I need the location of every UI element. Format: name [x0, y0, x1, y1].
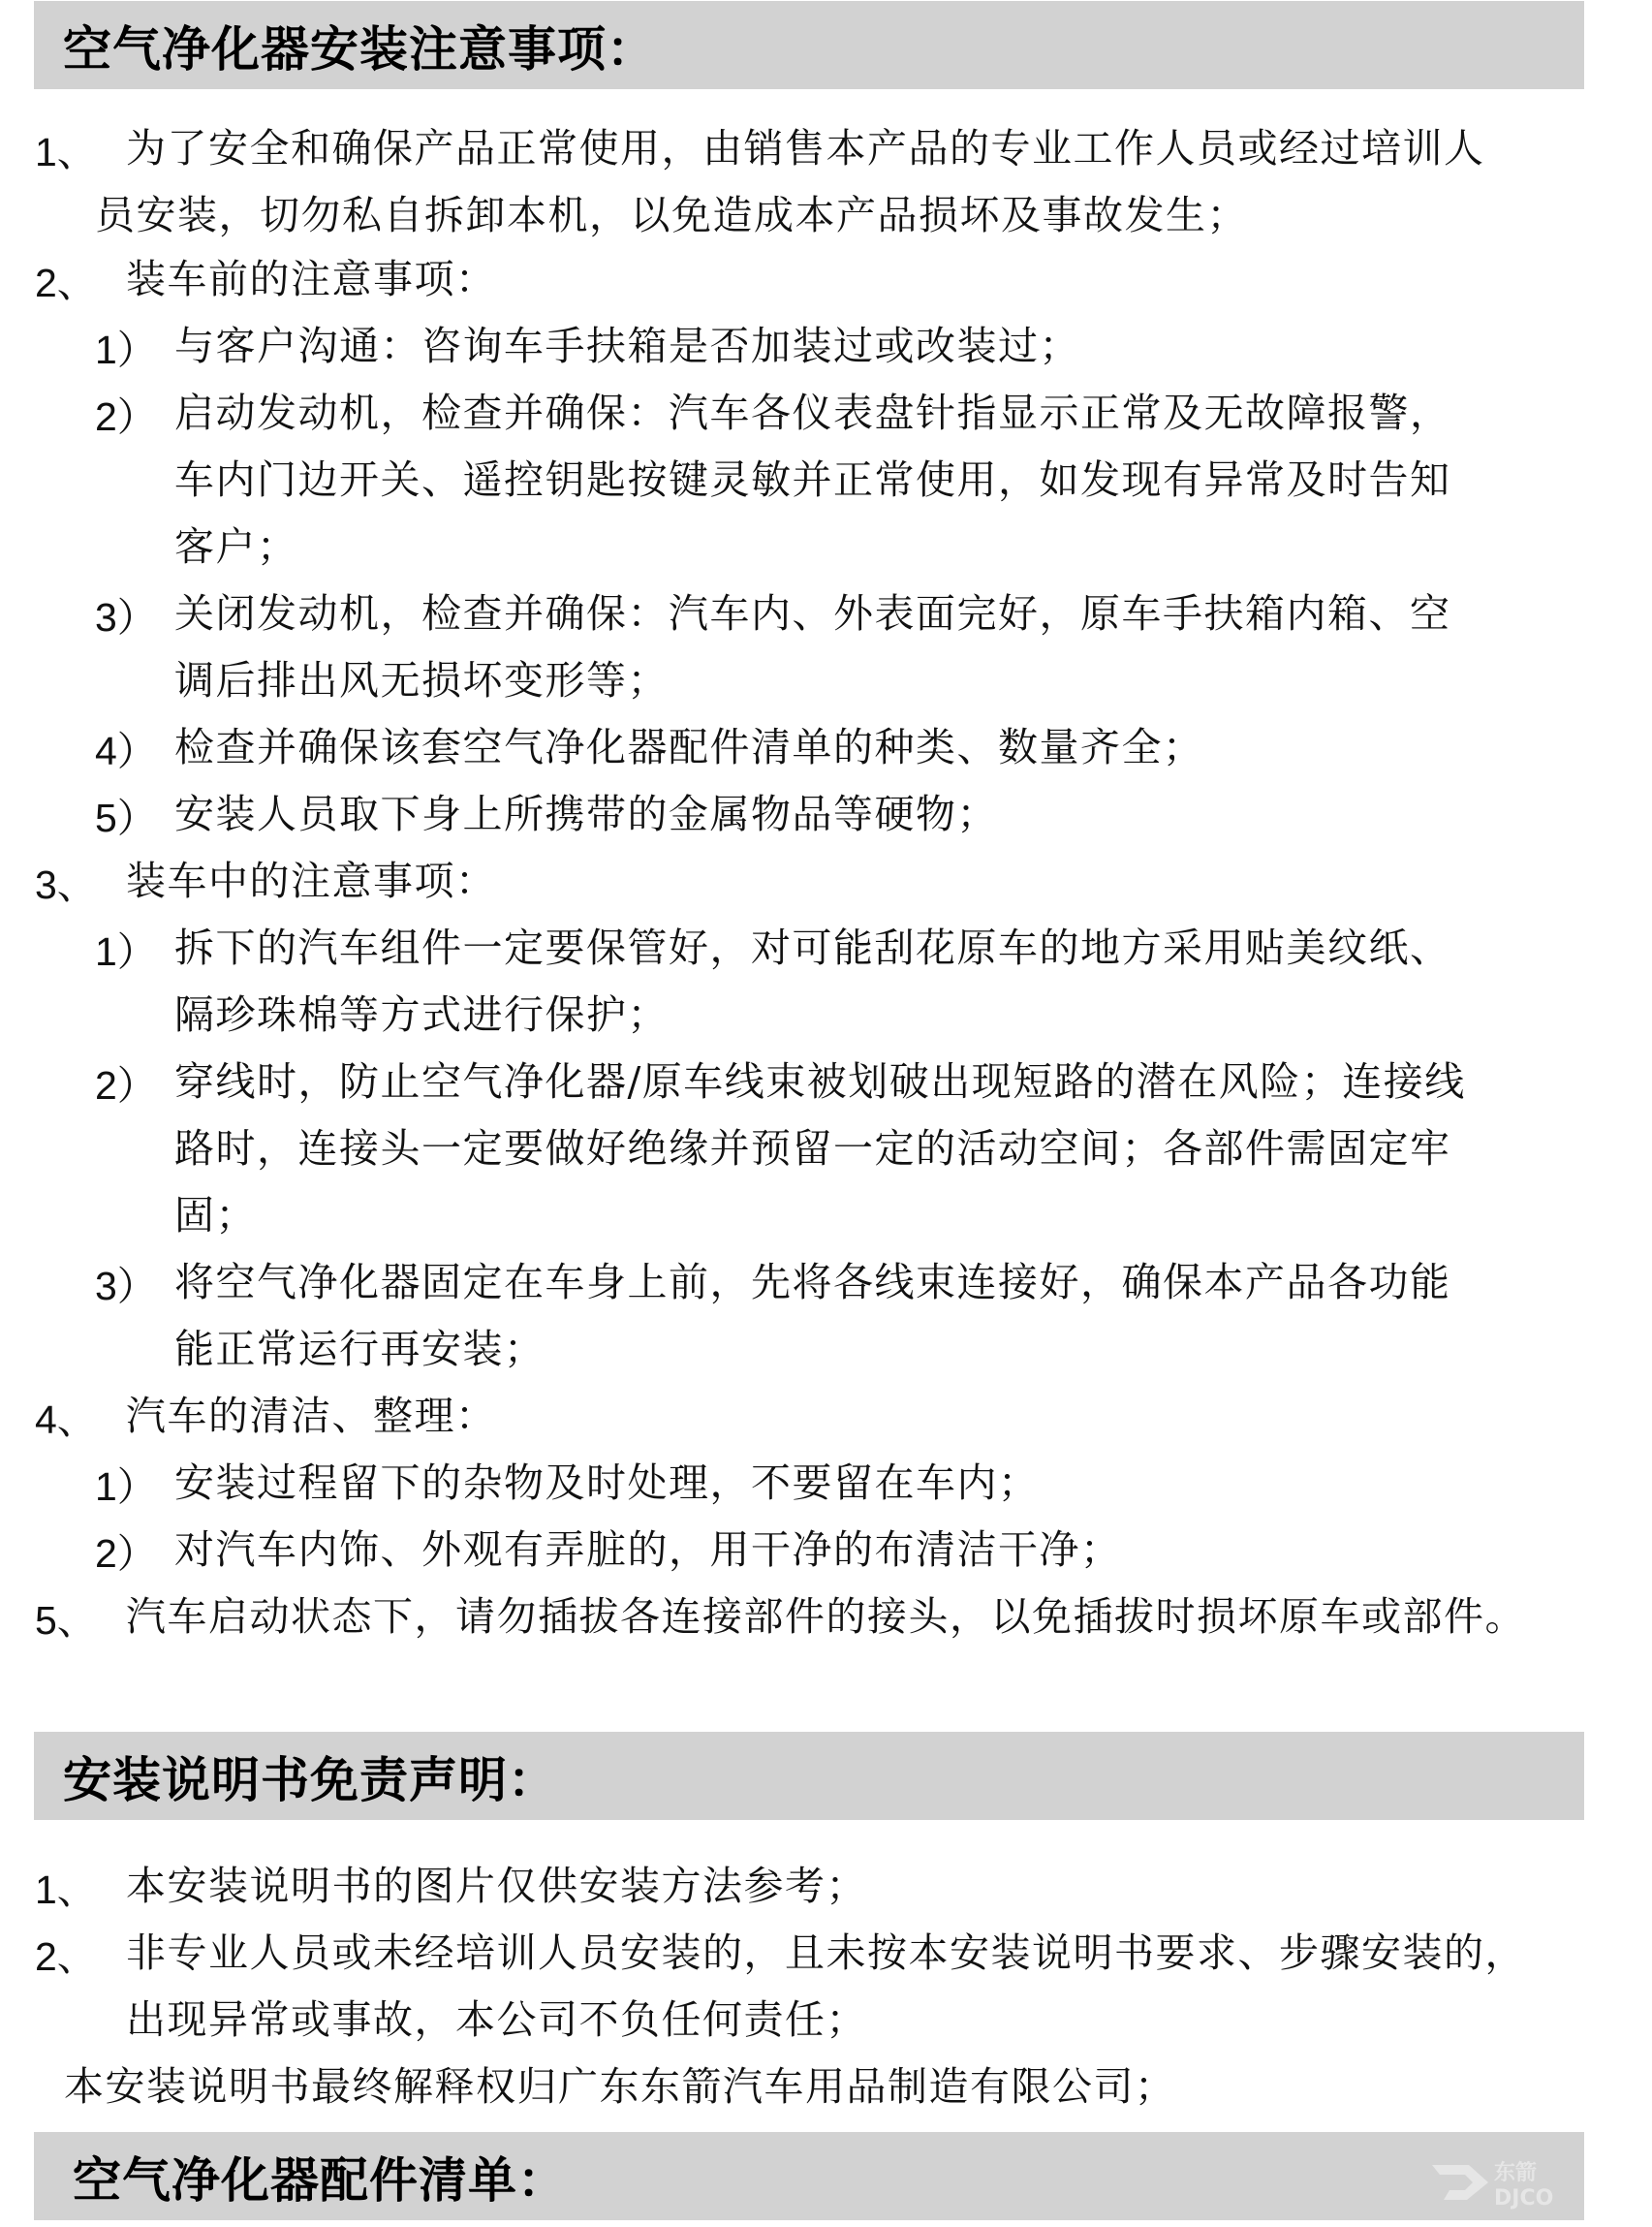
- watermark: 东箭 DJCO: [1432, 2159, 1587, 2217]
- subitem-text: 调后排出风无损坏变形等；: [174, 661, 669, 701]
- subitem-number: 1）: [95, 330, 157, 370]
- item-text: 非专业人员或未经培训人员安装的，且未按本安装说明书要求、步骤安装的，: [126, 1933, 1526, 1973]
- subitem-number: 2）: [95, 1534, 157, 1574]
- item-heading: 装车中的注意事项：: [126, 862, 497, 901]
- subitem-text: 关闭发动机，检查并确保：汽车内、外表面完好，原车手扶箱内箱、空: [174, 594, 1451, 634]
- subitem-text: 路时，连接头一定要做好绝缘并预留一定的活动空间；各部件需固定牢: [174, 1129, 1451, 1169]
- item-number: 5、: [35, 1601, 97, 1641]
- item-text: 出现异常或事故，本公司不负任何责任；: [126, 2000, 867, 2040]
- section-header-disclaimer: 安装说明书免责声明：: [34, 1732, 1584, 1820]
- subitem-number: 3）: [95, 598, 157, 638]
- section-title: 空气净化器安装注意事项：: [63, 11, 656, 80]
- item-heading: 汽车的清洁、整理：: [126, 1396, 497, 1436]
- section-title: 空气净化器配件清单：: [73, 2142, 567, 2211]
- item-number: 1、: [35, 1870, 97, 1910]
- subitem-number: 2）: [95, 397, 157, 437]
- subitem-number: 4）: [95, 732, 157, 771]
- subitem-text: 能正常运行再安装；: [174, 1330, 545, 1369]
- section-title: 安装说明书免责声明：: [63, 1741, 557, 1811]
- subitem-text: 对汽车内饰、外观有弄脏的，用干净的布清洁干净；: [174, 1530, 1122, 1570]
- subitem-number: 2）: [95, 1066, 157, 1106]
- watermark-text: 东箭 DJCO: [1494, 2161, 1553, 2211]
- subitem-text: 客户；: [174, 527, 298, 567]
- item-heading: 装车前的注意事项：: [126, 260, 497, 299]
- item-number: 2、: [35, 1937, 97, 1977]
- item-text: 本安装说明书的图片仅供安装方法参考；: [126, 1866, 867, 1906]
- subitem-text: 拆下的汽车组件一定要保管好，对可能刮花原车的地方采用贴美纹纸、: [174, 928, 1451, 968]
- subitem-text: 固；: [174, 1196, 257, 1236]
- item-number: 3、: [35, 865, 97, 905]
- disclaimer-footer: 本安装说明书最终解释权归广东东箭汽车用品制造有限公司；: [64, 2067, 1176, 2107]
- section-header-parts-list: 空气净化器配件清单：: [34, 2132, 1584, 2220]
- subitem-number: 1）: [95, 1467, 157, 1507]
- subitem-number: 5）: [95, 799, 157, 838]
- subitem-text: 检查并确保该套空气净化器配件清单的种类、数量齐全；: [174, 728, 1204, 768]
- subitem-number: 3）: [95, 1267, 157, 1306]
- subitem-text: 安装过程留下的杂物及时处理，不要留在车内；: [174, 1463, 1040, 1503]
- subitem-text: 车内门边开关、遥控钥匙按键灵敏并正常使用，如发现有异常及时告知: [174, 460, 1451, 500]
- item-number: 1、: [35, 133, 97, 173]
- watermark-text-en: DJCO: [1494, 2186, 1553, 2211]
- item-text: 为了安全和确保产品正常使用，由销售本产品的专业工作人员或经过培训人: [126, 129, 1485, 169]
- subitem-text: 安装人员取下身上所携带的金属物品等硬物；: [174, 795, 998, 834]
- item-text: 员安装，切勿私自拆卸本机，以免造成本产品损坏及事故发生；: [95, 196, 1248, 235]
- subitem-number: 1）: [95, 932, 157, 972]
- subitem-text: 启动发动机，检查并确保：汽车各仪表盘针指显示正常及无故障报警，: [174, 393, 1451, 433]
- section-header-precautions: 空气净化器安装注意事项：: [34, 1, 1584, 89]
- watermark-text-cn: 东箭: [1494, 2161, 1553, 2186]
- subitem-text: 将空气净化器固定在车身上前，先将各线束连接好，确保本产品各功能: [174, 1263, 1451, 1302]
- subitem-text: 与客户沟通：咨询车手扶箱是否加装过或改装过；: [174, 327, 1080, 366]
- subitem-text: 穿线时，防止空气净化器/原车线束被划破出现短路的潜在风险；连接线: [174, 1062, 1466, 1102]
- subitem-text: 隔珍珠棉等方式进行保护；: [174, 995, 669, 1035]
- item-number: 4、: [35, 1400, 97, 1440]
- djco-logo-icon: [1432, 2159, 1490, 2202]
- item-number: 2、: [35, 264, 97, 303]
- item-text: 汽车启动状态下，请勿插拔各连接部件的接头，以免插拔时损坏原车或部件。: [126, 1597, 1526, 1637]
